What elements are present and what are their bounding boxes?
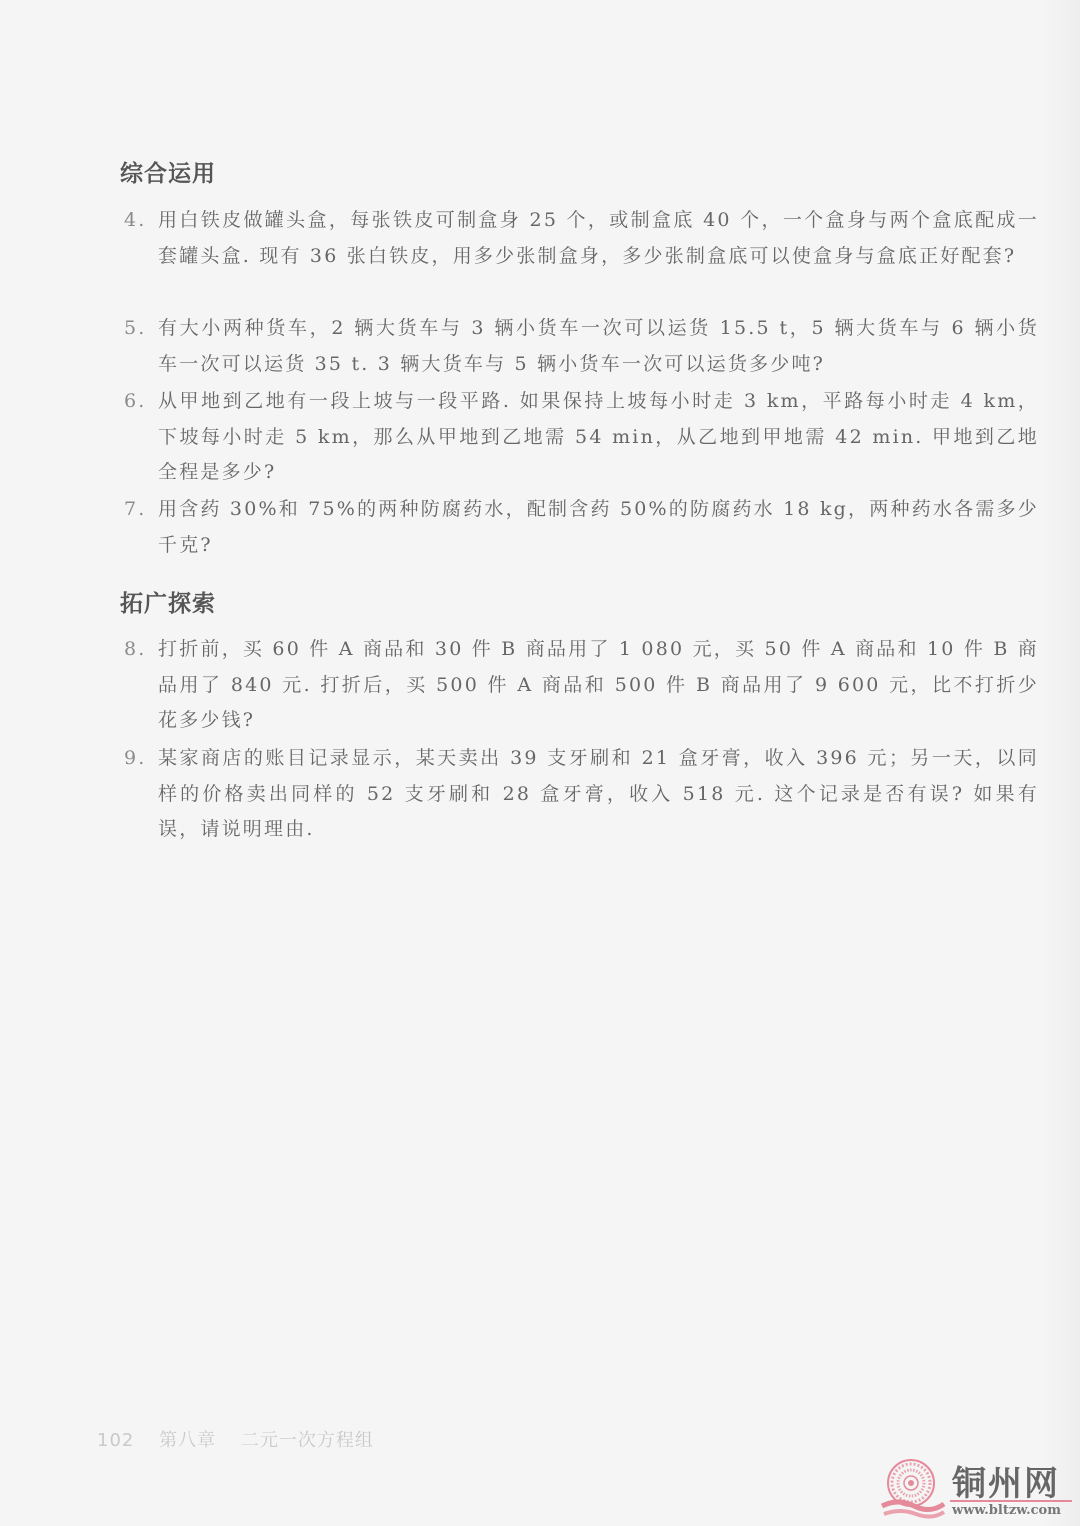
section-title-extension: 拓广探索 — [120, 585, 216, 618]
section-title-comprehensive: 综合运用 — [120, 155, 216, 188]
problem-number: 7. — [124, 492, 147, 528]
problem-text: 用白铁皮做罐头盒，每张铁皮可制盒身 25 个，或制盒底 40 个，一个盒身与两个… — [124, 203, 1039, 274]
watermark-divider — [950, 1500, 1072, 1502]
problem-number: 9. — [124, 741, 147, 777]
problem-6: 6. 从甲地到乙地有一段上坡与一段平路. 如果保持上坡每小时走 3 km，平路每… — [124, 384, 1039, 491]
problem-number: 5. — [124, 311, 147, 347]
problem-9: 9. 某家商店的账目记录显示，某天卖出 39 支牙刷和 21 盒牙膏，收入 39… — [124, 741, 1039, 848]
chapter-label: 第八章 — [159, 1430, 216, 1451]
watermark-url: www.bltzw.com — [952, 1503, 1061, 1518]
chapter-title: 二元一次方程组 — [241, 1430, 374, 1451]
page-number: 102 — [97, 1430, 134, 1451]
problem-4: 4. 用白铁皮做罐头盒，每张铁皮可制盒身 25 个，或制盒底 40 个，一个盒身… — [124, 203, 1039, 274]
page-edge-shadow — [1040, 0, 1080, 1526]
watermark-site-name: 铜州网 — [952, 1456, 1060, 1505]
page-footer: 102 第八章 二元一次方程组 — [97, 1426, 392, 1452]
problem-text: 打折前，买 60 件 A 商品和 30 件 B 商品用了 1 080 元，买 5… — [124, 632, 1039, 739]
problem-text: 有大小两种货车，2 辆大货车与 3 辆小货车一次可以运货 15.5 t，5 辆大… — [124, 311, 1039, 382]
problem-number: 8. — [124, 632, 147, 668]
problem-number: 4. — [124, 203, 147, 239]
problem-7: 7. 用含药 30%和 75%的两种防腐药水，配制含药 50%的防腐药水 18 … — [124, 492, 1039, 563]
problem-5: 5. 有大小两种货车，2 辆大货车与 3 辆小货车一次可以运货 15.5 t，5… — [124, 311, 1039, 382]
problem-text: 从甲地到乙地有一段上坡与一段平路. 如果保持上坡每小时走 3 km，平路每小时走… — [124, 384, 1039, 491]
problem-text: 某家商店的账目记录显示，某天卖出 39 支牙刷和 21 盒牙膏，收入 396 元… — [124, 741, 1039, 848]
site-watermark: 铜州网 www.bltzw.com — [876, 1456, 1076, 1522]
problem-number: 6. — [124, 384, 147, 420]
wheel-seal-icon — [880, 1458, 946, 1520]
problem-text: 用含药 30%和 75%的两种防腐药水，配制含药 50%的防腐药水 18 kg，… — [124, 492, 1039, 563]
problem-8: 8. 打折前，买 60 件 A 商品和 30 件 B 商品用了 1 080 元，… — [124, 632, 1039, 739]
